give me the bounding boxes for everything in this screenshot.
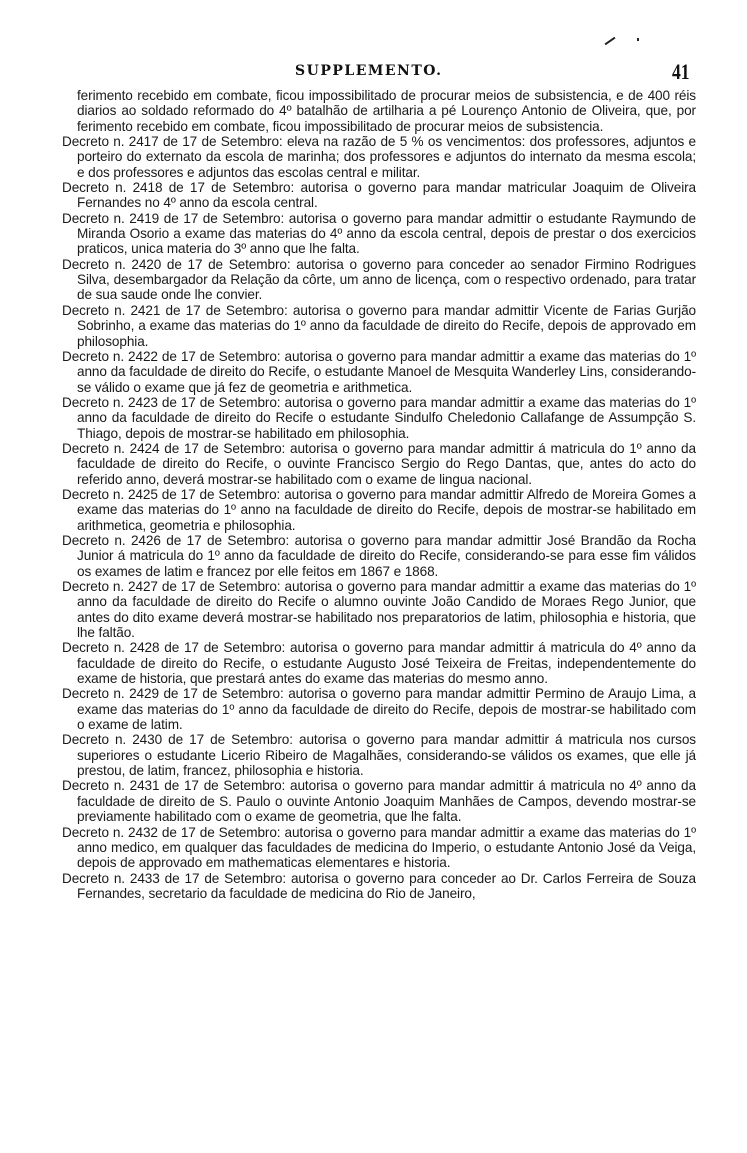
decree-heading: Decreto n. 2417 de 17 de Setembro: <box>62 134 283 149</box>
ink-dot <box>637 38 639 41</box>
decree-entry-2419: Decreto n. 2419 de 17 de Setembro: autor… <box>62 211 696 257</box>
decree-entry-2430: Decreto n. 2430 de 17 de Setembro: autor… <box>62 732 696 778</box>
decree-entry-2423: Decreto n. 2423 de 17 de Setembro: autor… <box>62 395 696 441</box>
running-header: SUPPLEMENTO. 41 <box>0 63 747 83</box>
decree-heading: Decreto n. 2418 de 17 de Setembro: <box>62 180 294 195</box>
decree-entry-2428: Decreto n. 2428 de 17 de Setembro: autor… <box>62 640 696 686</box>
decree-entry-2418: Decreto n. 2418 de 17 de Setembro: autor… <box>62 180 696 211</box>
decree-heading: Decreto n. 2428 de 17 de Setembro: <box>62 640 285 655</box>
decree-heading: Decreto n. 2429 de 17 de Setembro: <box>62 686 284 701</box>
decree-heading: Decreto n. 2421 de 17 de Setembro: <box>62 303 288 318</box>
decree-entry-2431: Decreto n. 2431 de 17 de Setembro: autor… <box>62 778 696 824</box>
decree-entry-2420: Decreto n. 2420 de 17 de Setembro: autor… <box>62 257 696 303</box>
decree-entry-2426: Decreto n. 2426 de 17 de Setembro: autor… <box>62 533 696 579</box>
pencil-mark <box>605 37 616 46</box>
running-title: SUPPLEMENTO. <box>295 63 443 79</box>
decree-heading: Decreto n. 2427 de 17 de Setembro: <box>62 579 280 594</box>
document-page: SUPPLEMENTO. 41 ferimento recebido em co… <box>0 0 747 1153</box>
decree-heading: Decreto n. 2422 de 17 de Setembro: <box>62 349 280 364</box>
page-number: 41 <box>672 59 690 85</box>
decree-heading: Decreto n. 2426 de 17 de Setembro: <box>62 533 289 548</box>
decree-heading: Decreto n. 2425 de 17 de Setembro: <box>62 487 280 502</box>
continuation-paragraph: ferimento recebido em combate, ficou imp… <box>62 88 696 134</box>
decree-entry-2432: Decreto n. 2432 de 17 de Setembro: autor… <box>62 825 696 871</box>
body-text: ferimento recebido em combate, ficou imp… <box>62 88 696 901</box>
decree-entry-2433: Decreto n. 2433 de 17 de Setembro: autor… <box>62 871 696 902</box>
decree-entry-2425: Decreto n. 2425 de 17 de Setembro: autor… <box>62 487 696 533</box>
decree-heading: Decreto n. 2432 de 17 de Setembro: <box>62 825 280 840</box>
decree-heading: Decreto n. 2430 de 17 de Setembro: <box>62 732 293 747</box>
decree-entry-2427: Decreto n. 2427 de 17 de Setembro: autor… <box>62 579 696 640</box>
decree-entry-2421: Decreto n. 2421 de 17 de Setembro: autor… <box>62 303 696 349</box>
decree-heading: Decreto n. 2420 de 17 de Setembro: <box>62 257 291 272</box>
decree-entry-2429: Decreto n. 2429 de 17 de Setembro: autor… <box>62 686 696 732</box>
decree-heading: Decreto n. 2431 de 17 de Setembro: <box>62 778 285 793</box>
decree-heading: Decreto n. 2424 de 17 de Setembro: <box>62 441 285 456</box>
decree-heading: Decreto n. 2423 de 17 de Setembro: <box>62 395 280 410</box>
decree-heading: Decreto n. 2433 de 17 de Setembro: <box>62 871 286 886</box>
decree-entry-2422: Decreto n. 2422 de 17 de Setembro: autor… <box>62 349 696 395</box>
decree-heading: Decreto n. 2419 de 17 de Setembro: <box>62 211 284 226</box>
decree-entry-2424: Decreto n. 2424 de 17 de Setembro: autor… <box>62 441 696 487</box>
decree-entry-2417: Decreto n. 2417 de 17 de Setembro: eleva… <box>62 134 696 180</box>
